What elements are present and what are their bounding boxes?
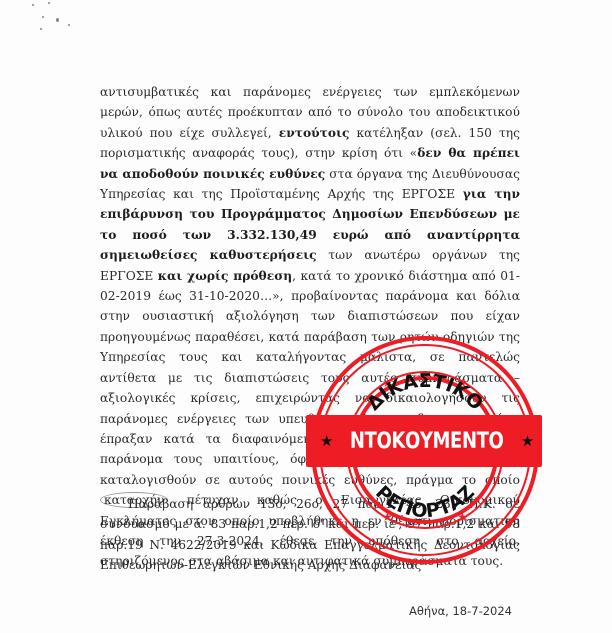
paragraph-violations: Παράβαση άρθρων 13ο, 26ο, 27 παρ.1, 45, … [100, 494, 520, 576]
star-icon: ★ [521, 432, 534, 450]
violations-text: Παράβαση άρθρων 13ο, 26ο, 27 παρ.1, 45, … [100, 494, 520, 576]
stamp-banner-label: ΝΤΟΚΟΥΜΕΝΤΟ [350, 429, 504, 454]
scan-specks [30, 2, 80, 32]
stamp-banner: ★ ΝΤΟΚΟΥΜΕΝΤΟ ★ [306, 415, 542, 467]
document-page: αντισυμβατικές και παράνομες ενέργειες τ… [0, 0, 612, 633]
signature-date: Αθήνα, 18-7-2024 [409, 604, 512, 618]
star-icon: ★ [320, 432, 333, 450]
bold-text: και χωρίς πρόθεση [158, 269, 292, 283]
bold-text: εντούτοις [279, 126, 350, 140]
